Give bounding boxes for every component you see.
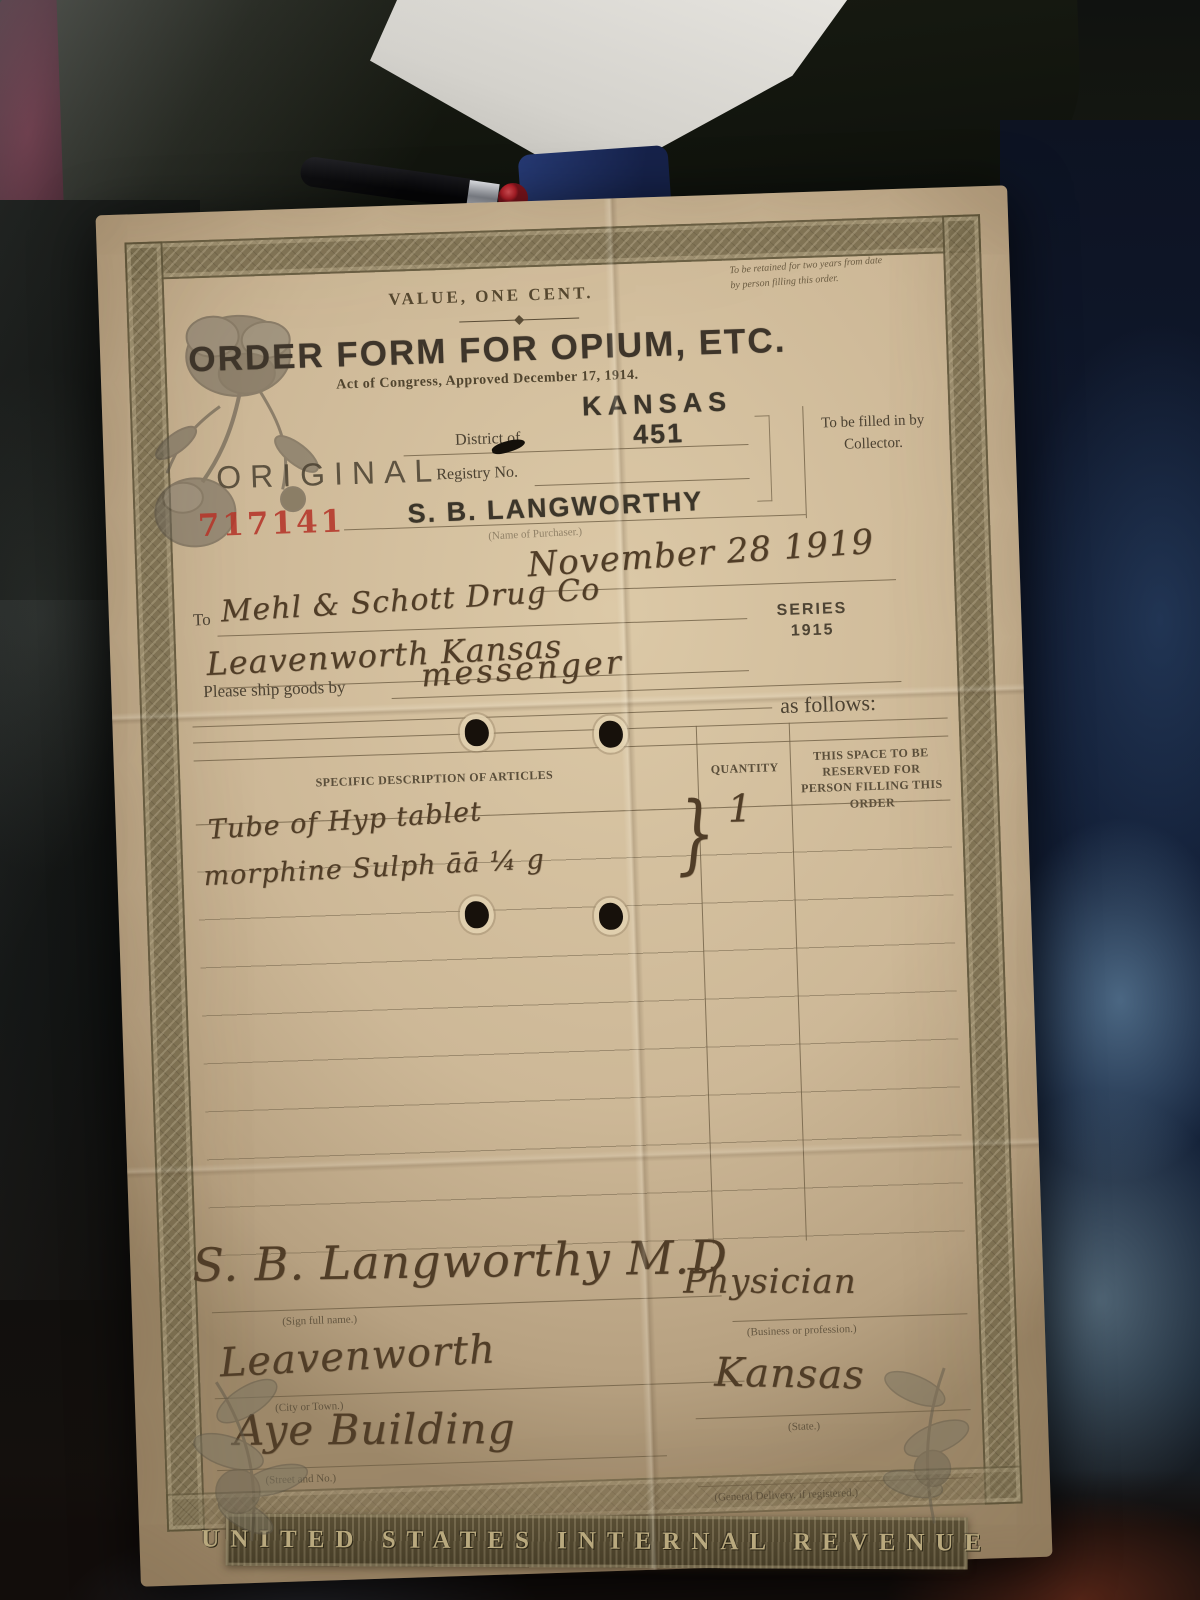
handwritten-profession: Physician <box>683 1262 856 1302</box>
column-header-description: SPECIFIC DESCRIPTION OF ARTICLES <box>214 763 654 794</box>
punch-hole-3 <box>464 901 489 929</box>
foliage-engraving-bottom-left <box>185 1338 352 1553</box>
profession-caption: (Business or profession.) <box>747 1323 857 1339</box>
photo-of-document: To be retained for two years from date b… <box>0 0 1200 1600</box>
value-line: VALUE, ONE CENT. <box>388 283 594 310</box>
profession-line <box>733 1313 968 1322</box>
entry-brace: } <box>675 783 717 884</box>
state-stamp: KANSAS <box>582 387 733 423</box>
handwritten-consignee: Mehl & Schott Drug Co <box>220 572 601 629</box>
registry-bracket <box>755 415 773 501</box>
entry-quantity: 1 <box>727 786 754 831</box>
registry-label: Registry No. <box>436 464 518 485</box>
series-year: 1915 <box>757 619 868 643</box>
foliage-engraving-bottom-right <box>833 1337 979 1532</box>
purchaser-name-stamp: S. B. LANGWORTHY <box>407 486 704 530</box>
title-ornament <box>459 318 579 323</box>
series-block: SERIES 1915 <box>757 598 868 643</box>
serial-number: 717141 <box>197 503 346 544</box>
collector-box-rule <box>802 406 807 518</box>
border-ornament-right <box>942 214 1023 1505</box>
collector-note: To be filled in by Collector. <box>808 410 937 458</box>
punch-hole-4 <box>599 902 624 930</box>
state-caption: (State.) <box>788 1420 820 1433</box>
signature-caption: (Sign full name.) <box>282 1313 357 1327</box>
to-label: To <box>193 610 211 631</box>
punch-hole-1 <box>464 719 489 747</box>
registry-line <box>535 478 750 486</box>
ship-label: Please ship goods by <box>203 677 346 702</box>
column-header-quantity: QUANTITY <box>702 759 787 778</box>
copy-type-label: ORIGINAL <box>216 452 442 496</box>
registry-number-stamp: 451 <box>633 418 685 451</box>
opium-order-form: To be retained for two years from date b… <box>96 185 1053 1586</box>
purchaser-caption: (Name of Purchaser.) <box>488 526 582 543</box>
